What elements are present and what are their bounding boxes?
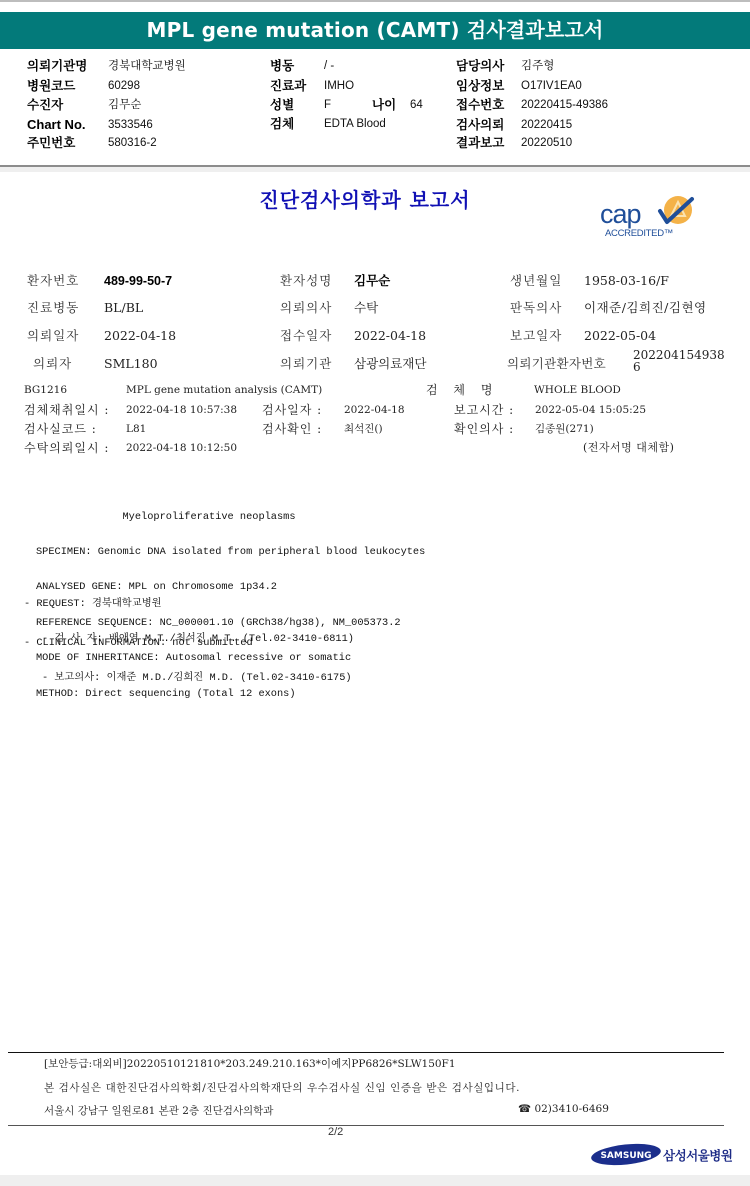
field-value: IMHO bbox=[324, 77, 354, 95]
confirm-doctor-value: 김종원(271) bbox=[535, 420, 594, 438]
field-value: 580316-2 bbox=[108, 134, 157, 152]
report-date-label: 보고일자 bbox=[510, 325, 562, 347]
field-value: 경북대학교병원 bbox=[108, 57, 186, 75]
summary-row-resident-no: 주민번호 580316-2 bbox=[27, 134, 247, 152]
report-time-value: 2022-05-04 15:05:25 bbox=[535, 401, 646, 419]
referral-time-label: 수탁의뢰일시 : bbox=[24, 439, 109, 457]
result-line-specimen: SPECIMEN: Genomic DNA isolated from peri… bbox=[36, 547, 425, 559]
summary-section: MPL gene mutation (CAMT) 검사결과보고서 의뢰기관명 경… bbox=[0, 0, 750, 166]
test-confirm-value: 최석진() bbox=[344, 420, 383, 438]
patient-row: 진료병동 BL/BL 의뢰의사 수탁 판독의사 이재준/김희진/김현영 bbox=[0, 297, 750, 319]
field-value: O17IV1EA0 bbox=[521, 77, 582, 95]
field-label: 검체 bbox=[270, 115, 294, 133]
test-row: 수탁의뢰일시 : 2022-04-18 10:12:50 (전자서명 대체함) bbox=[24, 439, 744, 457]
field-value: EDTA Blood bbox=[324, 115, 386, 133]
summary-row-result-report-date: 결과보고 20220510 bbox=[456, 134, 676, 152]
summary-row-clinical-info: 임상정보 O17IV1EA0 bbox=[456, 77, 676, 95]
tester-line: - 검 사 자: 배애영 M.T./최석진 M.T. (Tel.02-3410-… bbox=[42, 633, 354, 646]
institution-patient-no-value-cont: 6 bbox=[633, 362, 641, 373]
collection-time-value: 2022-04-18 10:57:38 bbox=[126, 401, 237, 419]
field-label: 담당의사 bbox=[456, 57, 504, 75]
cap-logo-icon: cap ACCREDITED™ bbox=[598, 193, 698, 239]
field-value: / - bbox=[324, 57, 334, 75]
samsung-logo-icon: SAMSUNG bbox=[590, 1142, 662, 1167]
summary-row-patient: 수진자 김무순 bbox=[27, 96, 247, 114]
field-label: 병원코드 bbox=[27, 77, 75, 95]
certification-text: 본 검사실은 대한진단검사의학회/진단검사의학재단의 우수검사실 신임 인증을 … bbox=[44, 1080, 520, 1095]
hospital-name: 삼성서울병원 bbox=[663, 1146, 732, 1164]
field-value: 김주형 bbox=[521, 57, 554, 75]
age-label: 나이 bbox=[372, 96, 396, 114]
age-value: 64 bbox=[410, 96, 423, 114]
receipt-date-value: 2022-04-18 bbox=[354, 325, 426, 347]
field-value: 20220415-49386 bbox=[521, 96, 608, 114]
institution-patient-no-value: 202204154938 bbox=[633, 350, 725, 361]
request-date-label: 의뢰일자 bbox=[27, 325, 79, 347]
field-value: 김무순 bbox=[108, 96, 141, 114]
staff-info: - 검 사 자: 배애영 M.T./최석진 M.T. (Tel.02-3410-… bbox=[42, 607, 354, 698]
field-label: 의뢰기관명 bbox=[27, 57, 87, 75]
birth-date-label: 생년월일 bbox=[510, 270, 562, 292]
bottom-band bbox=[0, 1175, 750, 1186]
lab-code-value: L81 bbox=[126, 420, 146, 438]
report-time-label: 보고시간 : bbox=[454, 401, 514, 419]
birth-date-value: 1958-03-16/F bbox=[584, 270, 669, 292]
patient-no-label: 환자번호 bbox=[27, 270, 79, 292]
summary-row-receipt-no: 접수번호 20220415-49386 bbox=[456, 96, 676, 114]
test-name: MPL gene mutation analysis (CAMT) bbox=[126, 381, 322, 399]
footer-divider-top bbox=[8, 1052, 724, 1053]
referring-doctor-label: 의뢰의사 bbox=[280, 297, 332, 319]
requester-label: 의뢰자 bbox=[33, 353, 72, 375]
test-code-row: BG1216 MPL gene mutation analysis (CAMT)… bbox=[24, 381, 744, 399]
summary-row-sex-age: 성별 F 나이 64 bbox=[270, 96, 440, 114]
patient-no-value: 489-99-50-7 bbox=[104, 270, 172, 292]
specimen-value: WHOLE BLOOD bbox=[534, 381, 621, 399]
result-heading: Myeloproliferative neoplasms bbox=[36, 512, 425, 524]
field-label: 결과보고 bbox=[456, 134, 504, 152]
reporting-doctor-line: - 보고의사: 이재준 M.D./김희진 M.D. (Tel.02-3410-6… bbox=[42, 672, 354, 685]
summary-row-attending-doctor: 담당의사 김주형 bbox=[456, 57, 676, 75]
patient-row: 환자번호 489-99-50-7 환자성명 김무순 생년월일 1958-03-1… bbox=[0, 270, 750, 292]
summary-row-specimen: 검체 EDTA Blood bbox=[270, 115, 440, 133]
requester-value: SML180 bbox=[104, 353, 158, 375]
reading-doctor-value: 이재준/김희진/김현영 bbox=[584, 297, 707, 319]
report-date-value: 2022-05-04 bbox=[584, 325, 656, 347]
svg-text:SAMSUNG: SAMSUNG bbox=[600, 1151, 651, 1161]
summary-row-ward: 병동 / - bbox=[270, 57, 440, 75]
summary-row-department: 진료과 IMHO bbox=[270, 77, 440, 95]
lab-phone: ☎ 02)3410-6469 bbox=[518, 1103, 609, 1115]
test-code: BG1216 bbox=[24, 381, 67, 399]
field-label: 검사의뢰 bbox=[456, 116, 504, 134]
samsung-logo: SAMSUNG bbox=[590, 1142, 662, 1167]
summary-row-hospital-code: 병원코드 60298 bbox=[27, 77, 247, 95]
field-label: 접수번호 bbox=[456, 96, 504, 114]
specimen-label: 검 체 명 bbox=[426, 381, 498, 399]
field-label: 성별 bbox=[270, 96, 294, 114]
collection-time-label: 검체채취일시 : bbox=[24, 401, 109, 419]
receipt-date-label: 접수일자 bbox=[280, 325, 332, 347]
patient-row: 의뢰일자 2022-04-18 접수일자 2022-04-18 보고일자 202… bbox=[0, 325, 750, 347]
test-confirm-label: 검사확인 : bbox=[262, 420, 322, 438]
patient-name-label: 환자성명 bbox=[280, 270, 332, 292]
field-label: 진료과 bbox=[270, 77, 306, 95]
esign-note: (전자서명 대체함) bbox=[583, 439, 674, 457]
test-row: 검체채취일시 : 2022-04-18 10:57:38 검사일자 : 2022… bbox=[24, 401, 744, 419]
confirm-doctor-label: 확인의사 : bbox=[454, 420, 514, 438]
summary-row-requesting-institution: 의뢰기관명 경북대학교병원 bbox=[27, 57, 247, 75]
field-label: 주민번호 bbox=[27, 134, 75, 152]
field-label: 병동 bbox=[270, 57, 294, 75]
request-date-value: 2022-04-18 bbox=[104, 325, 176, 347]
phone-icon: ☎ bbox=[518, 1103, 531, 1115]
page-number: 2/2 bbox=[328, 1126, 343, 1138]
svg-text:cap: cap bbox=[600, 199, 641, 229]
field-label: 임상정보 bbox=[456, 77, 504, 95]
requesting-institution-value: 삼광의료재단 bbox=[354, 353, 426, 375]
field-value: F bbox=[324, 96, 331, 114]
patient-row: 의뢰자 SML180 의뢰기관 삼광의료재단 의뢰기관환자번호 20220415… bbox=[0, 353, 750, 375]
test-date-label: 검사일자 : bbox=[262, 401, 322, 419]
test-date-value: 2022-04-18 bbox=[344, 401, 405, 419]
field-value: 3533546 bbox=[108, 116, 153, 134]
field-value: 60298 bbox=[108, 77, 140, 95]
report-header-title: MPL gene mutation (CAMT) 검사결과보고서 bbox=[0, 12, 750, 49]
referral-time-value: 2022-04-18 10:12:50 bbox=[126, 439, 237, 457]
reading-doctor-label: 판독의사 bbox=[510, 297, 562, 319]
phone-number: 02)3410-6469 bbox=[534, 1103, 608, 1115]
requesting-institution-label: 의뢰기관 bbox=[280, 353, 332, 375]
patient-name-value: 김무순 bbox=[354, 270, 390, 292]
section-band bbox=[0, 167, 750, 172]
svg-text:ACCREDITED™: ACCREDITED™ bbox=[605, 228, 673, 239]
cap-accredited-logo: cap ACCREDITED™ bbox=[598, 193, 698, 239]
security-line: [보안등급:대외비]20220510121810*203.249.210.163… bbox=[44, 1056, 456, 1071]
referring-doctor-value: 수탁 bbox=[354, 297, 378, 319]
lab-address: 서울시 강남구 일원로81 본관 2층 진단검사의학과 bbox=[44, 1103, 273, 1118]
test-row: 검사실코드 : L81 검사확인 : 최석진() 확인의사 : 김종원(271) bbox=[24, 420, 744, 438]
institution-patient-no-label: 의뢰기관환자번호 bbox=[507, 353, 606, 375]
ward-value: BL/BL bbox=[104, 297, 143, 319]
field-value: 20220510 bbox=[521, 134, 572, 152]
footer-divider-bottom bbox=[8, 1125, 724, 1126]
ward-label: 진료병동 bbox=[27, 297, 79, 319]
field-label: Chart No. bbox=[27, 116, 86, 134]
lab-code-label: 검사실코드 : bbox=[24, 420, 97, 438]
field-label: 수진자 bbox=[27, 96, 63, 114]
summary-row-test-request-date: 검사의뢰 20220415 bbox=[456, 116, 676, 134]
summary-row-chart-no: Chart No. 3533546 bbox=[27, 116, 247, 134]
field-value: 20220415 bbox=[521, 116, 572, 134]
